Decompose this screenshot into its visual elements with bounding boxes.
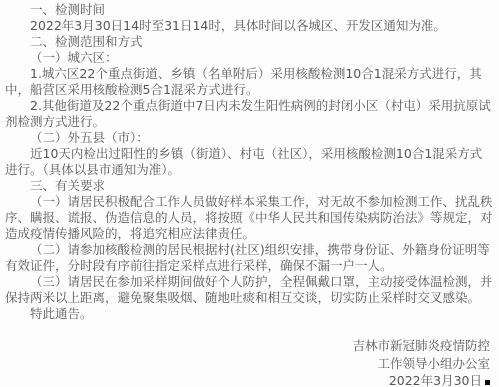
- signature-org-line-1: 吉林市新冠肺炎疫情防控: [352, 337, 490, 355]
- notice-paragraph-outer-counties-detail: 近10天内检出过阳性的乡镇（街道）、村屯（社区），采用核酸检测10合1混采方式进…: [5, 146, 493, 178]
- notice-paragraph-section-3-title: 三、有关要求: [5, 178, 493, 194]
- end-of-article-square-icon: [485, 380, 490, 385]
- notice-page: { "document": { "paragraphs": [ "一、检测时间"…: [0, 0, 499, 387]
- notice-paragraph-section-2-title: 二、检测范围和方式: [5, 34, 493, 50]
- notice-paragraph-city-districts-item-1: 1.城六区22个重点街道、乡镇（名单附后）采用核酸检测10合1混采方式进行，其中…: [5, 66, 493, 98]
- notice-paragraph-closing: 特此通告。: [5, 306, 493, 322]
- signature-date-line: 2022年3月30日: [352, 372, 490, 387]
- notice-body: 一、检测时间 2022年3月30日14时至31日14时，具体时间以各城区、开发区…: [5, 2, 493, 322]
- notice-paragraph-requirement-1: （一）请居民积极配合工作人员做好样本采集工作，对无故不参加检测工作、扰乱秩序、瞒…: [5, 194, 493, 242]
- signature-date-text: 2022年3月30日: [389, 373, 482, 387]
- notice-paragraph-outer-counties-heading: （二）外五县（市）：: [5, 130, 493, 146]
- notice-paragraph-city-districts-heading: （一）城六区：: [5, 50, 493, 66]
- notice-paragraph-requirement-2: （二）请参加核酸检测的居民根据村(社区)组织安排，携带身份证、外籍身份证明等有效…: [5, 242, 493, 274]
- signature-org-line-2: 工作领导小组办公室: [352, 355, 490, 373]
- notice-paragraph-detection-time: 2022年3月30日14时至31日14时，具体时间以各城区、开发区通知为准。: [5, 18, 493, 34]
- signature-block: 吉林市新冠肺炎疫情防控 工作领导小组办公室 2022年3月30日: [352, 337, 490, 387]
- notice-paragraph-requirement-3: （三）请居民在参加采样期间做好个人防护，全程佩戴口罩，主动接受体温检测，并保持两…: [5, 274, 493, 306]
- notice-paragraph-section-1-title: 一、检测时间: [5, 2, 493, 18]
- notice-paragraph-city-districts-item-2: 2.其他街道及22个重点街道中7日内未发生阳性病例的封闭小区（村屯）采用抗原试剂…: [5, 98, 493, 130]
